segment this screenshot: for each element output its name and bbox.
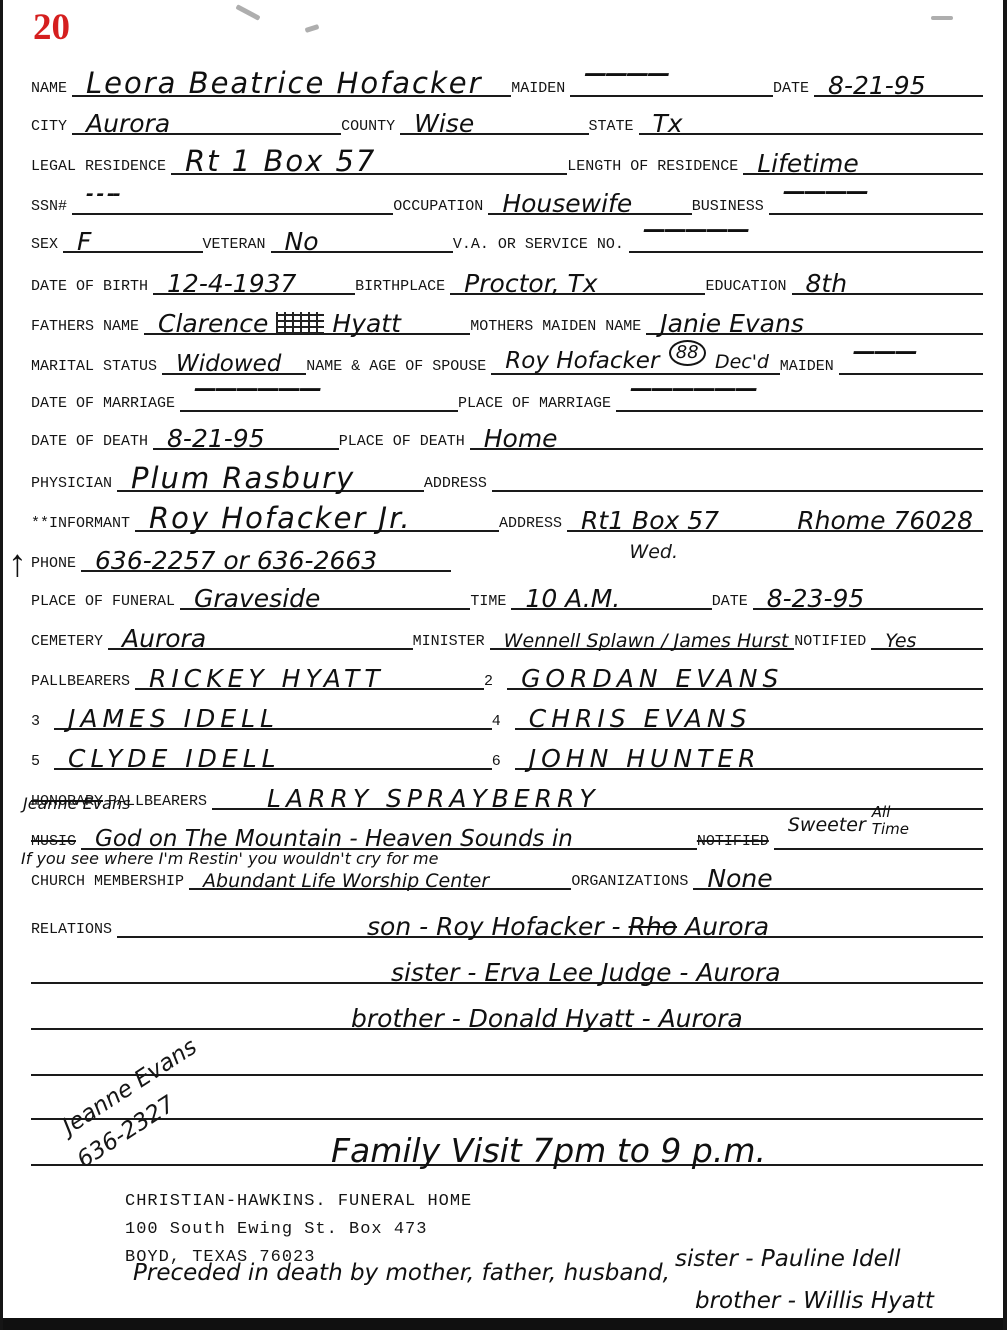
form-row-pallbearers-1: PALLBEARERS Rickey Hyatt 2 Gordan Evans xyxy=(31,648,983,690)
cemetery-field: Aurora xyxy=(108,608,413,650)
form-row-cemetery: CEMETERY Aurora MINISTER Wennell Splawn … xyxy=(31,608,983,650)
spouse-maiden-value: ——— xyxy=(839,341,916,364)
form-row-birth: DATE OF BIRTH 12-4-1937 BIRTHPLACE Proct… xyxy=(31,253,983,295)
minister-field: Wennell Splawn / James Hurst xyxy=(490,608,795,650)
scanned-funeral-record-page: 20 NAME Leora Beatrice Hofacker MAIDEN —… xyxy=(0,0,1007,1330)
form-row-physician: PHYSICIAN Plum Rasbury ADDRESS xyxy=(31,450,983,492)
business-value: ———— xyxy=(769,181,867,204)
date-of-birth-field: 12-4-1937 xyxy=(153,253,355,295)
organizations-value: None xyxy=(693,866,772,891)
scan-smudge xyxy=(235,4,260,21)
honorary-pallbearers-field: Larry Sprayberry xyxy=(212,768,983,810)
spouse-field: Roy Hofacker 88 Dec'd xyxy=(491,333,779,375)
length-of-residence-field: Lifetime xyxy=(743,133,983,175)
maiden-field: ———— xyxy=(570,55,773,97)
form-row-marital: MARITAL STATUS Widowed NAME & AGE OF SPO… xyxy=(31,333,983,375)
music-right-continuation: AllTime xyxy=(872,804,909,837)
relations-2-value: sister - Erva Lee Judge - Aurora xyxy=(31,960,781,985)
mothers-maiden-name-field: Janie Evans xyxy=(646,293,983,335)
va-service-no-value: ————— xyxy=(629,219,748,242)
informant-value: Roy Hofacker Jr. xyxy=(135,504,412,533)
funeral-time-field: Wed. 10 A.M. xyxy=(511,568,711,610)
relations-1-prefix: son - Roy Hofacker - xyxy=(367,912,621,941)
church-membership-field: Abundant Life Worship Center xyxy=(189,848,571,890)
place-of-marriage-value: —————— xyxy=(616,378,756,401)
scratched-out-word xyxy=(276,312,324,334)
marital-status-field: Widowed xyxy=(162,333,306,375)
form-row-marriage: DATE OF MARRIAGE —————— PLACE OF MARRIAG… xyxy=(31,370,983,412)
form-row-church: CHURCH MEMBERSHIP Abundant Life Worship … xyxy=(31,848,983,890)
date-of-death-field: 8-21-95 xyxy=(153,408,339,450)
funeral-day-note: Wed. xyxy=(629,541,678,563)
sex-value: F xyxy=(63,229,91,254)
music-right-cont: Time xyxy=(872,821,909,838)
birthplace-field: Proctor, Tx xyxy=(450,253,705,295)
place-of-death-field: Home xyxy=(470,408,983,450)
place-of-funeral-field: Graveside xyxy=(180,568,470,610)
form-row-music: MUSIC God on The Mountain - Heaven Sound… xyxy=(31,808,983,850)
relations-1-struck: Rho xyxy=(629,912,678,941)
music-right-value: SweeterAllTime xyxy=(774,816,909,851)
relations-3-value: brother - Donald Hyatt - Aurora xyxy=(31,1006,743,1031)
relations-3-field: brother - Donald Hyatt - Aurora xyxy=(31,988,983,1030)
preceded-in-death-note: Preceded in death by mother, father, hus… xyxy=(133,1262,670,1285)
form-row-relations-3: brother - Donald Hyatt - Aurora xyxy=(31,988,983,1030)
occupation-field: Housewife xyxy=(488,173,691,215)
preceded-sister-note: sister - Pauline Idell xyxy=(675,1248,901,1271)
form-row-family-visit: Family Visit 7pm to 9 p.m. xyxy=(31,1124,983,1166)
state-field: Tx xyxy=(639,93,983,135)
date-of-marriage-field: —————— xyxy=(180,370,458,412)
form-row-death: DATE OF DEATH 8-21-95 PLACE OF DEATH Hom… xyxy=(31,408,983,450)
form-row-relations-1: RELATIONS son - Roy Hofacker - Rho Auror… xyxy=(31,896,983,938)
city-field: Aurora xyxy=(72,93,341,135)
sex-label: SEX xyxy=(31,237,63,253)
notified-field: Yes xyxy=(871,608,983,650)
scan-smudge xyxy=(931,16,953,20)
pallbearer-6-field: John Hunter xyxy=(515,728,983,770)
form-row-parents: FATHERS NAME ClarenceHyatt MOTHERS MAIDE… xyxy=(31,293,983,335)
physician-value: Plum Rasbury xyxy=(117,464,355,493)
pallbearer-4-field: Chris Evans xyxy=(515,688,983,730)
music-right-word: Sweeter xyxy=(788,814,866,836)
place-of-death-label: PLACE OF DEATH xyxy=(339,434,470,450)
up-arrow-mark: ↑ xyxy=(8,543,27,586)
county-field: Wise xyxy=(400,93,588,135)
form-row-pallbearers-2: 3 James Idell 4 Chris Evans xyxy=(31,688,983,730)
form-row-honorary: HONORARY PALLBEARERS Larry Sprayberry xyxy=(31,768,983,810)
place-of-marriage-field: —————— xyxy=(616,370,983,412)
pallbearer-1-field: Rickey Hyatt xyxy=(135,648,484,690)
pallbearer-2-field: Gordan Evans xyxy=(507,648,983,690)
relations-1-value: son - Roy Hofacker - Rho Aurora xyxy=(117,914,769,939)
form-row-phone: PHONE 636-2257 or 636-2663 xyxy=(31,530,983,572)
form-row-relations-2: sister - Erva Lee Judge - Aurora xyxy=(31,942,983,984)
business-field: ———— xyxy=(769,173,983,215)
spouse-age-circled: 88 xyxy=(669,340,706,366)
organizations-field: None xyxy=(693,848,983,890)
funeral-home-name: CHRISTIAN-HAWKINS. FUNERAL HOME xyxy=(125,1188,472,1216)
ssn-field: - - -- xyxy=(72,173,393,215)
relations-1-field: son - Roy Hofacker - Rho Aurora xyxy=(117,896,983,938)
form-row-pallbearers-3: 5 Clyde Idell 6 John Hunter xyxy=(31,728,983,770)
date-of-marriage-value: —————— xyxy=(180,378,320,401)
scan-smudge xyxy=(305,24,320,33)
relations-label: RELATIONS xyxy=(31,922,117,938)
church-membership-label: CHURCH MEMBERSHIP xyxy=(31,874,189,890)
form-row-name: NAME Leora Beatrice Hofacker MAIDEN ————… xyxy=(31,55,983,97)
legal-residence-value: Rt 1 Box 57 xyxy=(171,147,376,176)
veteran-value: No xyxy=(271,229,319,254)
date-of-death-label: DATE OF DEATH xyxy=(31,434,153,450)
phone-field-trailing-space xyxy=(451,530,983,572)
family-visit-field: Family Visit 7pm to 9 p.m. xyxy=(31,1124,983,1166)
form-row-city: CITY Aurora COUNTY Wise STATE Tx xyxy=(31,93,983,135)
funeral-home-street: 100 South Ewing St. Box 473 xyxy=(125,1216,472,1244)
veteran-field: No xyxy=(271,211,453,253)
form-row-sex: SEX F VETERAN No V.A. OR SERVICE NO. ———… xyxy=(31,211,983,253)
name-field: Leora Beatrice Hofacker xyxy=(72,55,511,97)
physician-address-field xyxy=(492,450,983,492)
music-field: God on The Mountain - Heaven Sounds in xyxy=(81,808,697,850)
date-of-death-value: 8-21-95 xyxy=(153,426,265,451)
veteran-label: VETERAN xyxy=(203,237,271,253)
church-membership-value: Abundant Life Worship Center xyxy=(189,872,489,891)
legal-residence-field: Rt 1 Box 57 xyxy=(171,133,567,175)
va-service-no-field: ————— xyxy=(629,211,983,253)
fathers-name-field: ClarenceHyatt xyxy=(144,293,470,335)
relations-2-field: sister - Erva Lee Judge - Aurora xyxy=(31,942,983,984)
page-number: 20 xyxy=(33,6,70,49)
education-field: 8th xyxy=(792,253,983,295)
form-row-residence: LEGAL RESIDENCE Rt 1 Box 57 LENGTH OF RE… xyxy=(31,133,983,175)
form-row-informant: **INFORMANT Roy Hofacker Jr. ADDRESS Rt1… xyxy=(31,490,983,532)
date-field: 8-21-95 xyxy=(814,55,983,97)
place-of-death-value: Home xyxy=(470,426,558,451)
preceded-brother-note: brother - Willis Hyatt xyxy=(695,1290,934,1313)
physician-field: Plum Rasbury xyxy=(117,450,424,492)
ssn-value: - - -- xyxy=(72,185,119,204)
pallbearer-3-field: James Idell xyxy=(54,688,492,730)
informant-address-field: Rt1 Box 57 Rhome 76028 xyxy=(567,490,983,532)
funeral-date-field: 8-23-95 xyxy=(753,568,983,610)
spouse-maiden-field: ——— xyxy=(839,333,983,375)
sex-field: F xyxy=(63,211,202,253)
maiden-value: ———— xyxy=(570,63,668,86)
scan-bottom-edge xyxy=(3,1318,1003,1330)
informant-field: Roy Hofacker Jr. xyxy=(135,490,499,532)
form-row-ssn: SSN# - - -- OCCUPATION Housewife BUSINES… xyxy=(31,173,983,215)
pallbearer-5-field: Clyde Idell xyxy=(54,728,492,770)
music-right-field: SweeterAllTime xyxy=(774,808,983,850)
relations-1-suffix: Aurora xyxy=(685,912,769,941)
family-visit-value: Family Visit 7pm to 9 p.m. xyxy=(31,1134,766,1167)
form-row-funeral: PLACE OF FUNERAL Graveside TIME Wed. 10 … xyxy=(31,568,983,610)
va-service-no-label: V.A. OR SERVICE NO. xyxy=(453,237,629,253)
organizations-label: ORGANIZATIONS xyxy=(571,874,693,890)
phone-field: 636-2257 or 636-2663 xyxy=(81,530,451,572)
music-right-super: All xyxy=(872,804,909,821)
